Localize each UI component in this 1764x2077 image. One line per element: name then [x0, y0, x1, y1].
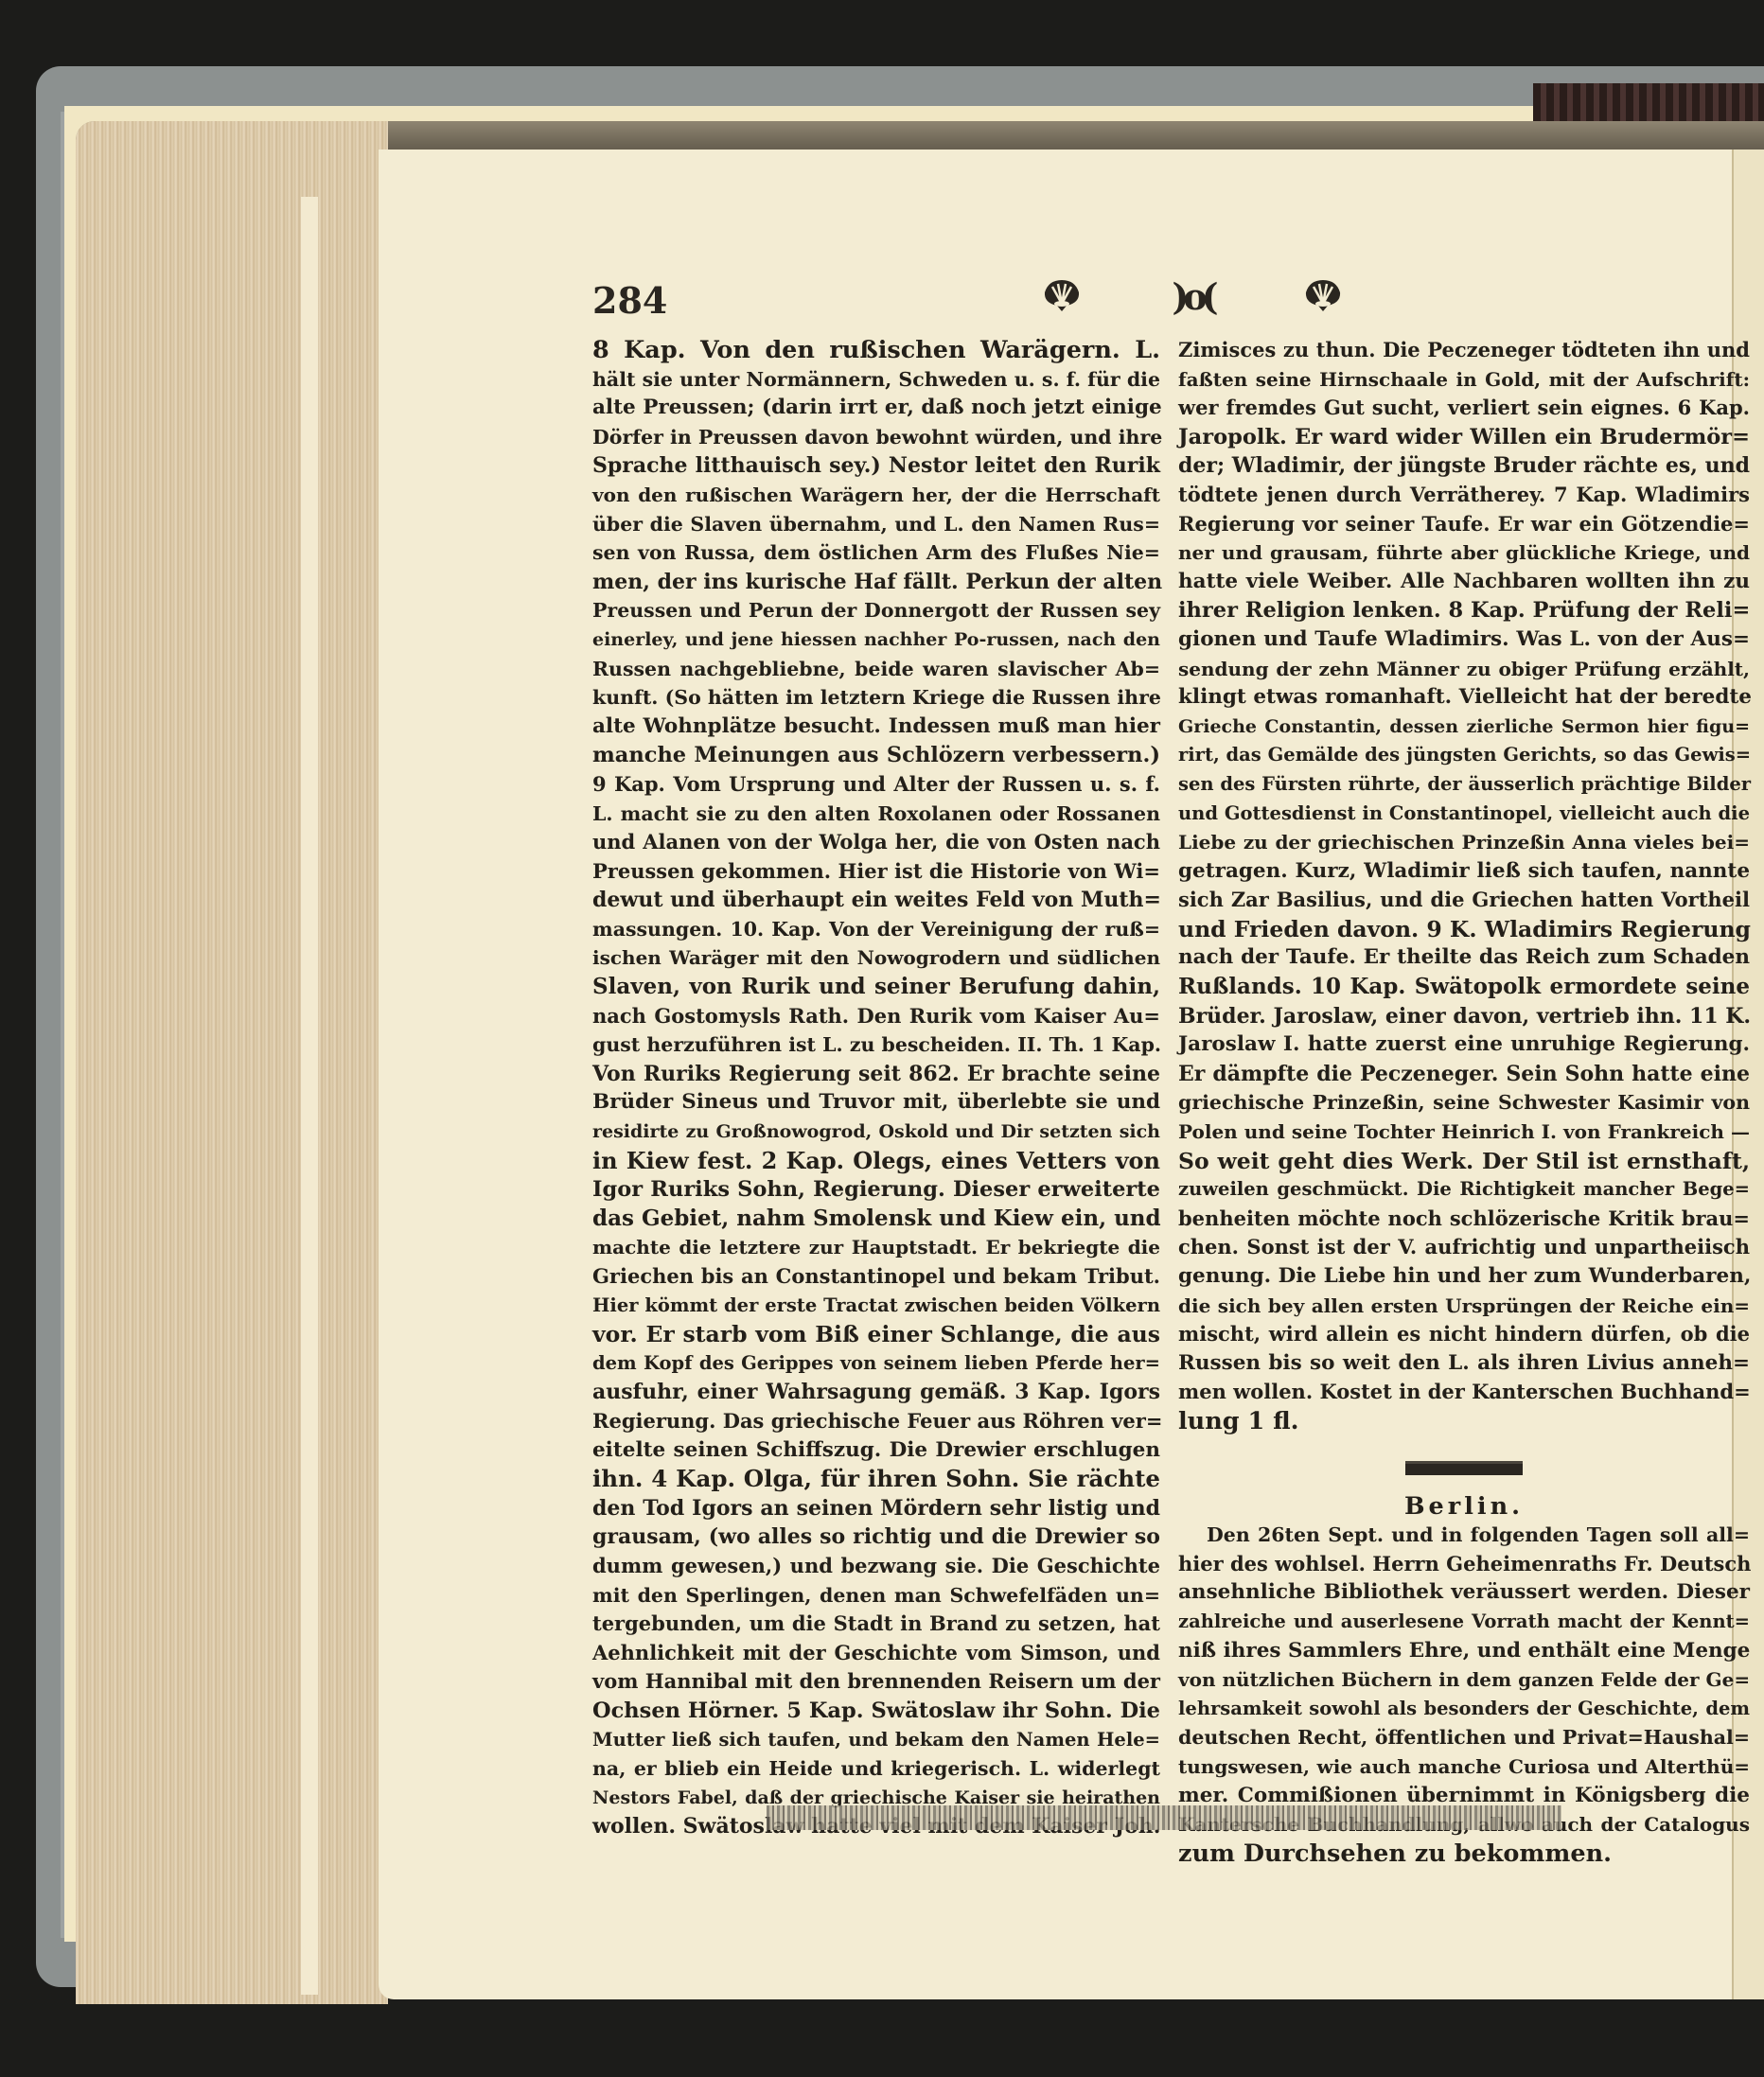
text-line: alte Preussen; (darin irrt er, daß noch … — [592, 394, 1160, 423]
text-line: Slaven, von Rurik und seiner Berufung da… — [592, 973, 1160, 1002]
text-line: gust herzuführen ist L. zu bescheiden. I… — [592, 1030, 1160, 1060]
text-line: Sprache litthauisch sey.) Nestor leitet … — [592, 451, 1160, 481]
text-line: niß ihres Sammlers Ehre, und enthält ein… — [1178, 1637, 1750, 1666]
text-line: Regierung vor seiner Taufe. Er war ein G… — [1178, 510, 1750, 539]
text-line: na, er blieb ein Heide und kriegerisch. … — [592, 1754, 1160, 1784]
page-number: 284 — [592, 279, 667, 322]
section-divider — [1405, 1461, 1523, 1475]
text-line: Dörfer in Preussen davon bewohnt würden,… — [592, 423, 1160, 452]
text-line: machte die letztere zur Hauptstadt. Er b… — [592, 1233, 1160, 1262]
text-line: klingt etwas romanhaft. Vielleicht hat d… — [1178, 683, 1750, 713]
text-line: Grieche Constantin, dessen zierliche Ser… — [1178, 713, 1750, 742]
text-line: Er dämpfte die Peczeneger. Sein Sohn hat… — [1178, 1060, 1750, 1089]
text-line: Aehnlichkeit mit der Geschichte vom Sims… — [592, 1639, 1160, 1668]
text-line: massungen. 10. Kap. Von der Vereinigung … — [592, 915, 1160, 944]
text-line: nach der Taufe. Er theilte das Reich zum… — [1178, 943, 1750, 973]
text-line: ner und grausam, führte aber glückliche … — [1178, 538, 1750, 568]
text-line: gionen und Taufe Wladimirs. Was L. von d… — [1178, 625, 1750, 655]
shell-ornament-icon — [1041, 277, 1083, 315]
text-line: hier des wohlsel. Herrn Geheimenraths Fr… — [1178, 1550, 1750, 1579]
text-line: alte Wohnplätze besucht. Indessen muß ma… — [592, 713, 1160, 742]
text-line: von den rußischen Warägern her, der die … — [592, 481, 1160, 510]
text-line: getragen. Kurz, Wladimir ließ sich taufe… — [1178, 857, 1750, 887]
text-line: und Gottesdienst in Constantinopel, viel… — [1178, 800, 1750, 829]
text-line: ihrer Religion lenken. 8 Kap. Prüfung de… — [1178, 596, 1750, 625]
text-line: von nützlichen Büchern in dem ganzen Fel… — [1178, 1665, 1750, 1695]
text-line: zum Durchsehen zu bekommen. — [1178, 1839, 1750, 1869]
crescent-ornament-icon: )o( — [1172, 275, 1212, 318]
text-line: hatte viele Weiber. Alle Nachbaren wollt… — [1178, 568, 1750, 597]
header-ornaments: )o( — [1041, 273, 1344, 320]
text-line: tergebunden, um die Stadt in Brand zu se… — [592, 1610, 1160, 1639]
text-line: grausam, (wo alles so richtig und die Dr… — [592, 1523, 1160, 1552]
text-line: L. macht sie zu den alten Roxolanen oder… — [592, 800, 1160, 829]
text-line: Jaropolk. Er ward wider Willen ein Brude… — [1178, 423, 1750, 452]
text-line: mischt, wird allein es nicht hindern dür… — [1178, 1320, 1750, 1349]
text-line: Preussen gekommen. Hier ist die Historie… — [592, 857, 1160, 887]
text-line: ischen Waräger mit den Nowogrodern und s… — [592, 943, 1160, 973]
text-line: und Frieden davon. 9 K. Wladimirs Regier… — [1178, 915, 1750, 944]
text-line: einerley, und jene hiessen nachher Po-ru… — [592, 625, 1160, 655]
text-line: manche Meinungen aus Schlözern verbesser… — [592, 741, 1160, 770]
text-line: genung. Die Liebe hin und her zum Wunder… — [1178, 1262, 1750, 1292]
text-line: 8 Kap. Von den rußischen Warägern. L. — [592, 336, 1160, 365]
text-line: Jaroslaw I. hatte zuerst eine unruhige R… — [1178, 1030, 1750, 1060]
text-line: Brüder Sineus und Truvor mit, überlebte … — [592, 1088, 1160, 1118]
bottom-printer-rule — [767, 1805, 1561, 1830]
page-block-fore-edge — [76, 121, 388, 2004]
text-line: ansehnliche Bibliothek veräussert werden… — [1178, 1578, 1750, 1608]
text-line: vor. Er starb vom Biß einer Schlange, di… — [592, 1320, 1160, 1349]
text-line: Polen und seine Tochter Heinrich I. von … — [1178, 1118, 1750, 1147]
text-line: dumm gewesen,) und bezwang sie. Die Gesc… — [592, 1552, 1160, 1581]
text-line: Griechen bis an Constantinopel und bekam… — [592, 1262, 1160, 1292]
text-line: Regierung. Das griechische Feuer aus Röh… — [592, 1407, 1160, 1436]
text-line: Den 26ten Sept. und in folgenden Tagen s… — [1178, 1521, 1750, 1550]
text-line: griechische Prinzeßin, seine Schwester K… — [1178, 1088, 1750, 1118]
text-line: Rußlands. 10 Kap. Swätopolk ermordete se… — [1178, 973, 1750, 1002]
text-line: Ochsen Hörner. 5 Kap. Swätoslaw ihr Sohn… — [592, 1697, 1160, 1726]
text-line: das Gebiet, nahm Smolensk und Kiew ein, … — [592, 1205, 1160, 1234]
text-line: sich Zar Basilius, und die Griechen hatt… — [1178, 886, 1750, 915]
text-line: chen. Sonst ist der V. aufrichtig und un… — [1178, 1233, 1750, 1262]
text-line: Preussen und Perun der Donnergott der Ru… — [592, 596, 1160, 625]
text-line: sendung der zehn Männer zu obiger Prüfun… — [1178, 655, 1750, 684]
text-line: wer fremdes Gut sucht, verliert sein eig… — [1178, 394, 1750, 423]
text-line: Zimisces zu thun. Die Peczeneger tödtete… — [1178, 336, 1750, 365]
text-line: und Alanen von der Wolga her, die von Os… — [592, 828, 1160, 857]
text-line: in Kiew fest. 2 Kap. Olegs, eines Vetter… — [592, 1147, 1160, 1176]
text-line: Russen bis so weit den L. als ihren Livi… — [1178, 1349, 1750, 1379]
text-line: deutschen Recht, öffentlichen und Privat… — [1178, 1723, 1750, 1752]
review-continuation: Zimisces zu thun. Die Peczeneger tödtete… — [1178, 336, 1750, 1436]
text-line: men, der ins kurische Haf fällt. Perkun … — [592, 568, 1160, 597]
text-line: Hier kömmt der erste Tractat zwischen be… — [592, 1292, 1160, 1321]
text-line: Brüder. Jaroslaw, einer davon, vertrieb … — [1178, 1002, 1750, 1031]
text-line: den Tod Igors an seinen Mördern sehr lis… — [592, 1494, 1160, 1523]
text-line: sen von Russa, dem östlichen Arm des Flu… — [592, 538, 1160, 568]
text-line: über die Slaven übernahm, und L. den Nam… — [592, 510, 1160, 539]
text-line: sen des Fürsten rührte, der äusserlich p… — [1178, 770, 1750, 800]
text-line: der; Wladimir, der jüngste Bruder rächte… — [1178, 451, 1750, 481]
text-line: Von Ruriks Regierung seit 862. Er bracht… — [592, 1060, 1160, 1089]
shell-ornament-icon — [1302, 277, 1344, 315]
text-line: mit den Sperlingen, denen man Schwefelfä… — [592, 1581, 1160, 1611]
headband — [1533, 83, 1764, 121]
right-text-column: Zimisces zu thun. Die Peczeneger tödtete… — [1178, 336, 1750, 1868]
text-line: kunft. (So hätten im letztern Kriege die… — [592, 683, 1160, 713]
text-line: residirte zu Großnowogrod, Oskold und Di… — [592, 1118, 1160, 1147]
text-line: benheiten möchte noch schlözerische Krit… — [1178, 1205, 1750, 1234]
text-line: zahlreiche und auserlesene Vorrath macht… — [1178, 1608, 1750, 1637]
text-line: lehrsamkeit sowohl als besonders der Ges… — [1178, 1695, 1750, 1724]
text-line: zuweilen geschmückt. Die Richtigkeit man… — [1178, 1175, 1750, 1205]
left-text-column: 8 Kap. Von den rußischen Warägern. L.häl… — [592, 336, 1160, 1841]
text-line: men wollen. Kostet in der Kanterschen Bu… — [1178, 1378, 1750, 1407]
text-line: tungswesen, wie auch manche Curiosa und … — [1178, 1752, 1750, 1782]
text-line: tödtete jenen durch Verrätherey. 7 Kap. … — [1178, 481, 1750, 510]
text-line: dewut und überhaupt ein weites Feld von … — [592, 886, 1160, 915]
section-heading-berlin: Berlin. — [1178, 1492, 1750, 1522]
page-block-gap — [301, 197, 318, 1995]
text-line: Mutter ließ sich taufen, und bekam den N… — [592, 1726, 1160, 1755]
text-line: die sich bey allen ersten Ursprüngen der… — [1178, 1292, 1750, 1321]
text-line: ihn. 4 Kap. Olga, für ihren Sohn. Sie rä… — [592, 1465, 1160, 1494]
text-line: rirt, das Gemälde des jüngsten Gerichts,… — [1178, 741, 1750, 770]
text-line: So weit geht dies Werk. Der Stil ist ern… — [1178, 1147, 1750, 1176]
text-line: eitelte seinen Schiffszug. Die Drewier e… — [592, 1436, 1160, 1466]
text-line: lung 1 fl. — [1178, 1407, 1750, 1436]
text-line: Russen nachgebliebne, beide waren slavis… — [592, 655, 1160, 684]
text-line: faßten seine Hirnschaale in Gold, mit de… — [1178, 365, 1750, 395]
text-line: ausfuhr, einer Wahrsagung gemäß. 3 Kap. … — [592, 1378, 1160, 1407]
text-line: hält sie unter Normännern, Schweden u. s… — [592, 365, 1160, 395]
text-line: nach Gostomysls Rath. Den Rurik vom Kais… — [592, 1002, 1160, 1031]
text-line: Liebe zu der griechischen Prinzeßin Anna… — [1178, 828, 1750, 857]
text-line: vom Hannibal mit den brennenden Reisern … — [592, 1667, 1160, 1697]
text-line: Igor Ruriks Sohn, Regierung. Dieser erwe… — [592, 1175, 1160, 1205]
text-line: 9 Kap. Vom Ursprung und Alter der Russen… — [592, 770, 1160, 800]
text-line: dem Kopf des Gerippes von seinem lieben … — [592, 1349, 1160, 1379]
